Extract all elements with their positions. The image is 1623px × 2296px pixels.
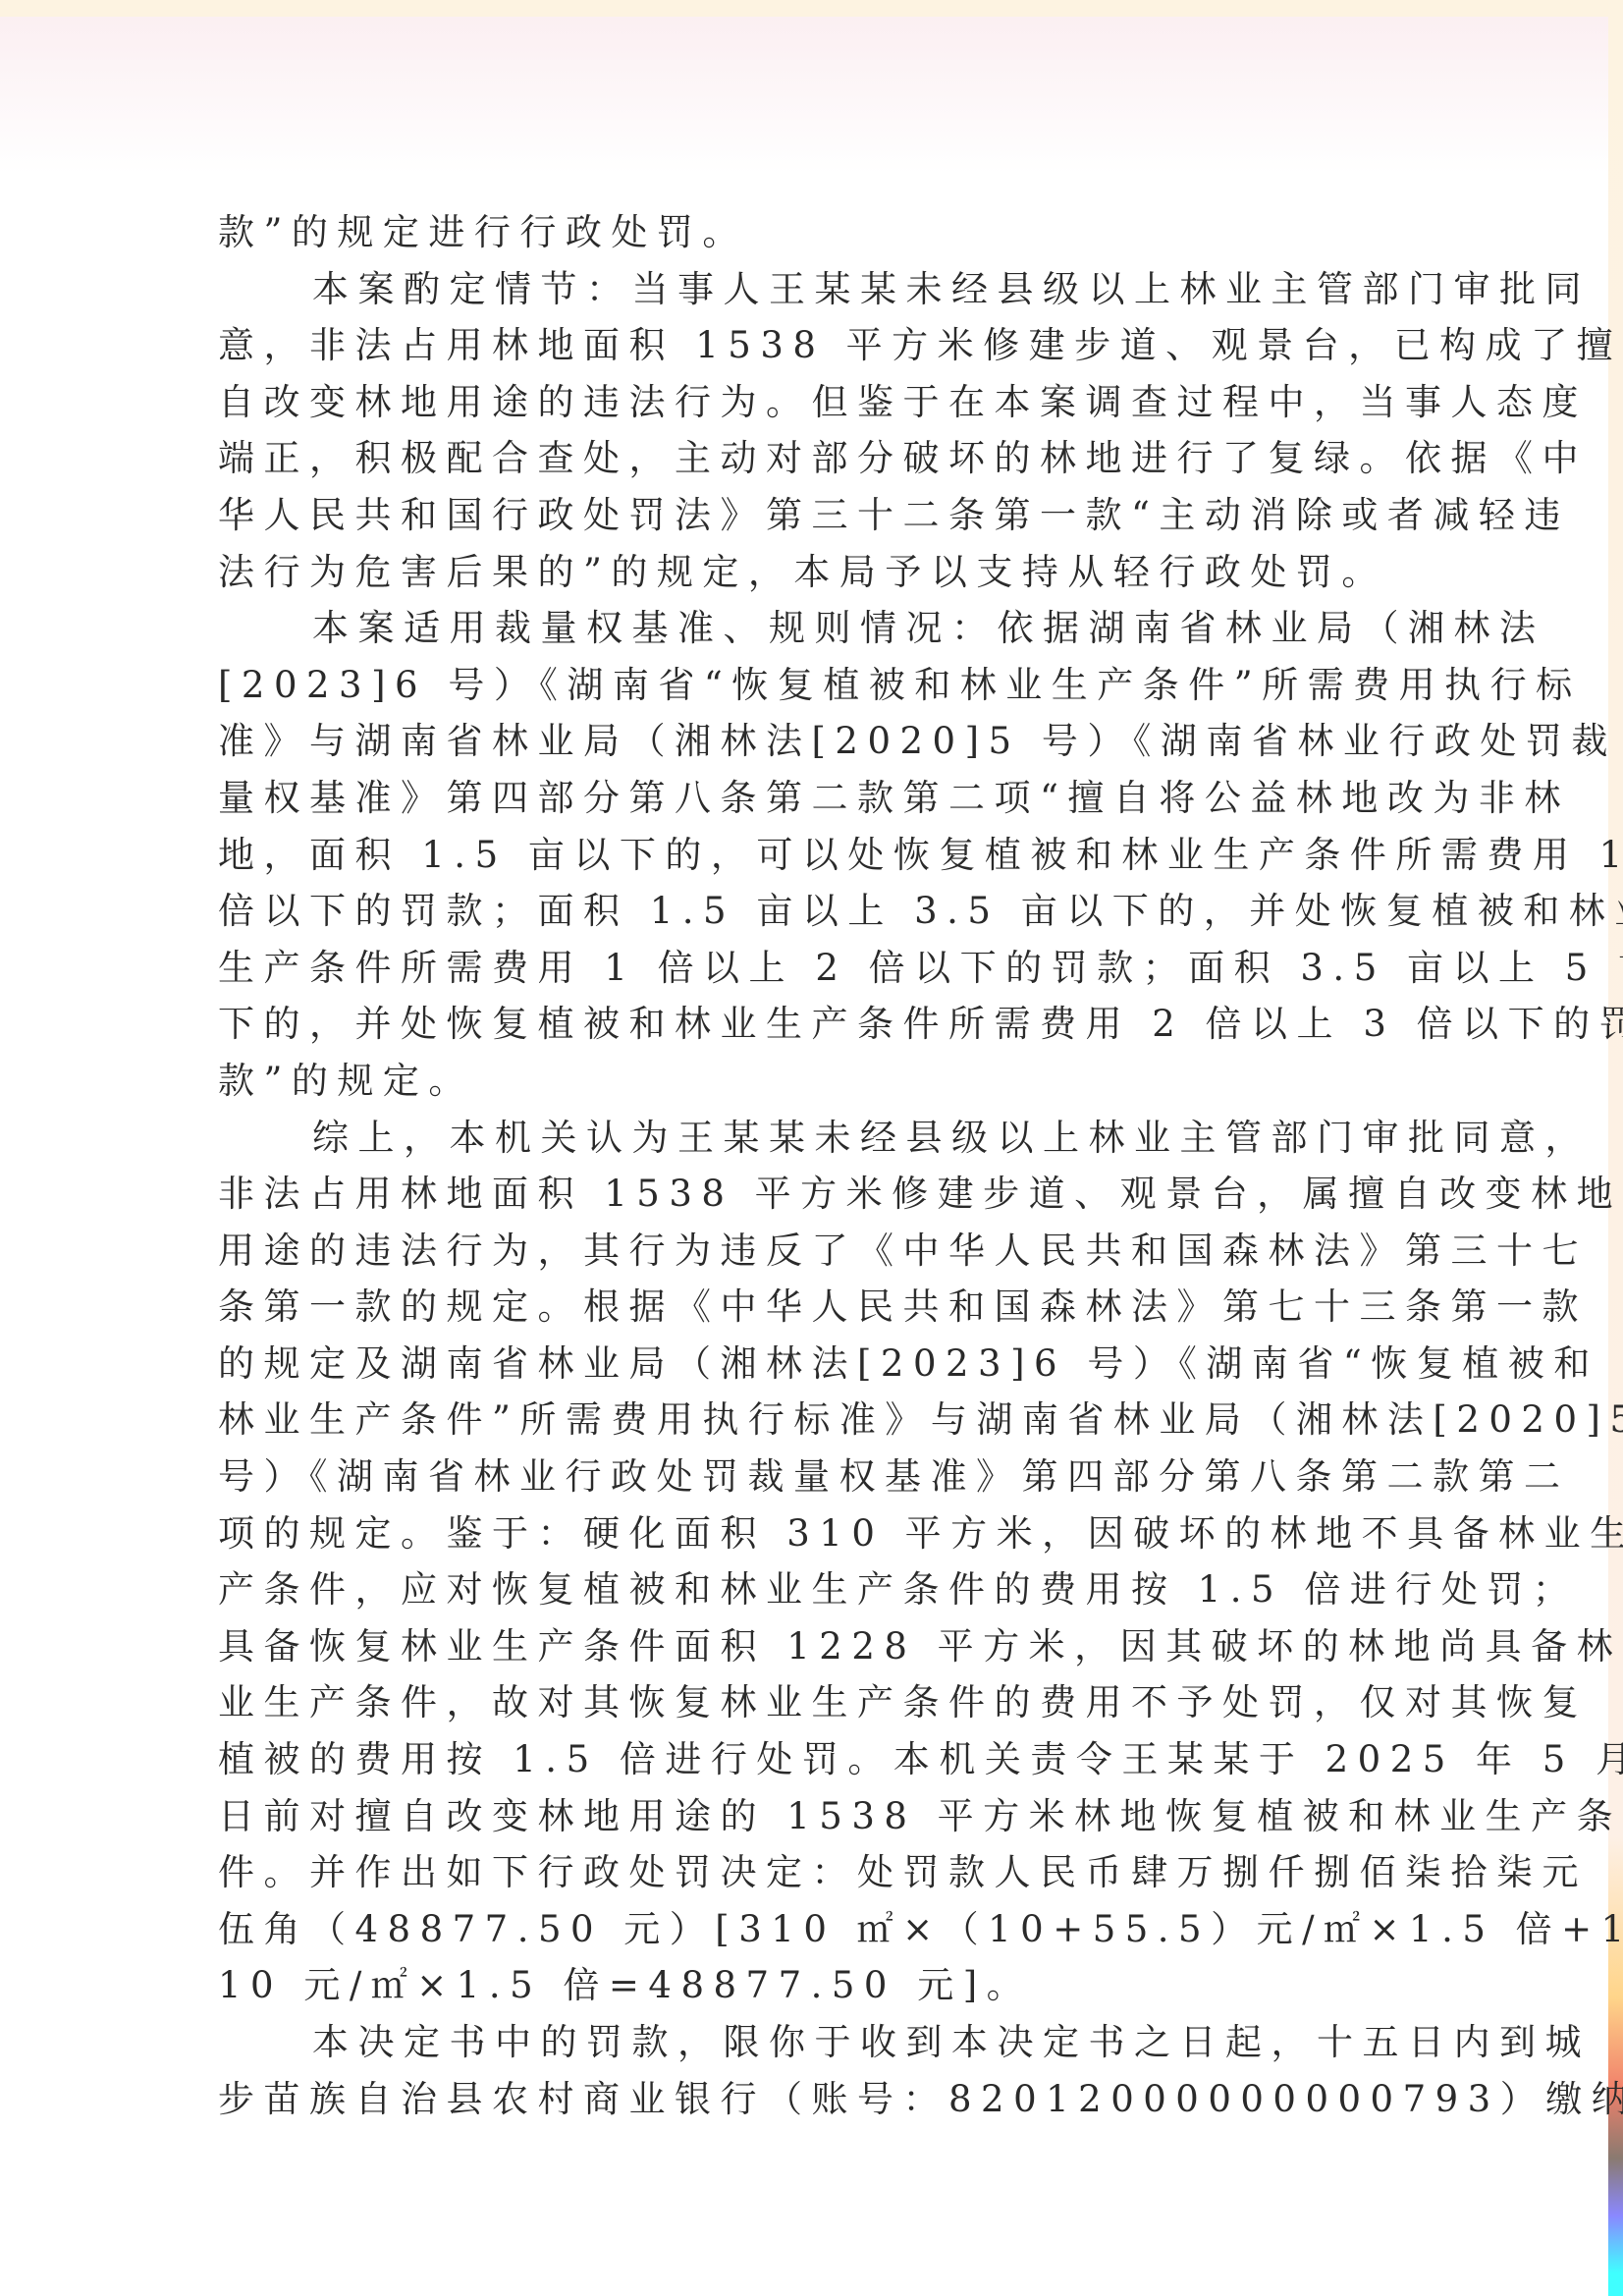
text-line: 用途的违法行为，其行为违反了《中华人民共和国森林法》第三十七 <box>218 1223 1386 1280</box>
text-line: 自改变林地用途的违法行为。但鉴于在本案调查过程中，当事人态度 <box>218 374 1386 431</box>
text-line: 日前对擅自改变林地用途的 1538 平方米林地恢复植被和林业生产条 <box>218 1788 1386 1845</box>
text-line: 华人民共和国行政处罚法》第三十二条第一款“主动消除或者减轻违 <box>218 487 1386 544</box>
document-page: 款”的规定进行行政处罚。 本案酌定情节：当事人王某某未经县级以上林业主管部门审批… <box>218 204 1386 2127</box>
text-line: 生产条件所需费用 1 倍以上 2 倍以下的罚款；面积 3.5 亩以上 5 亩以 <box>218 940 1386 997</box>
paragraph-discretion-standards: 本案适用裁量权基准、规则情况：依据湖南省林业局（湘林法 [2023]6 号）《湖… <box>218 600 1386 1109</box>
text-line: 业生产条件，故对其恢复林业生产条件的费用不予处罚，仅对其恢复 <box>218 1674 1386 1731</box>
text-line: 伍角（48877.50 元）[310 ㎡×（10+55.5）元/㎡×1.5 倍+… <box>218 1901 1386 1958</box>
text-line: 植被的费用按 1.5 倍进行处罚。本机关责令王某某于 2025 年 5 月 30 <box>218 1731 1386 1788</box>
text-line: 项的规定。鉴于：硬化面积 310 平方米，因破坏的林地不具备林业生 <box>218 1505 1386 1562</box>
text-line: [2023]6 号）《湖南省“恢复植被和林业生产条件”所需费用执行标 <box>218 657 1386 714</box>
text-line: 法行为危害后果的”的规定，本局予以支持从轻行政处罚。 <box>218 544 1386 601</box>
text-line: 的规定及湖南省林业局（湘林法[2023]6 号）《湖南省“恢复植被和 <box>218 1336 1386 1393</box>
text-line: 量权基准》第四部分第八条第二款第二项“擅自将公益林地改为非林 <box>218 770 1386 827</box>
text-line: 款”的规定。 <box>218 1053 1386 1110</box>
text-line: 10 元/㎡×1.5 倍=48877.50 元]。 <box>218 1957 1386 2014</box>
text-line: 非法占用林地面积 1538 平方米修建步道、观景台，属擅自改变林地 <box>218 1166 1386 1223</box>
text-line: 准》与湖南省林业局（湘林法[2020]5 号）《湖南省林业行政处罚裁 <box>218 713 1386 770</box>
scan-top-tint <box>0 17 1623 174</box>
text-line: 林业生产条件”所需费用执行标准》与湖南省林业局（湘林法[2020]5 <box>218 1392 1386 1449</box>
text-line: 意，非法占用林地面积 1538 平方米修建步道、观景台，已构成了擅 <box>218 317 1386 374</box>
text-line: 本案酌定情节：当事人王某某未经县级以上林业主管部门审批同 <box>218 261 1386 318</box>
paragraph-conclusion-decision: 综上，本机关认为王某某未经县级以上林业主管部门审批同意， 非法占用林地面积 15… <box>218 1110 1386 2015</box>
scan-top-edge <box>0 0 1623 17</box>
text-line: 号）《湖南省林业行政处罚裁量权基准》第四部分第八条第二款第二 <box>218 1449 1386 1505</box>
text-line: 本案适用裁量权基准、规则情况：依据湖南省林业局（湘林法 <box>218 600 1386 657</box>
text-line: 件。并作出如下行政处罚决定：处罚款人民币肆万捌仟捌佰柒拾柒元 <box>218 1844 1386 1901</box>
text-line: 倍以下的罚款；面积 1.5 亩以上 3.5 亩以下的，并处恢复植被和林业 <box>218 883 1386 940</box>
paragraph-continuation: 款”的规定进行行政处罚。 <box>218 204 1386 261</box>
text-line: 本决定书中的罚款，限你于收到本决定书之日起，十五日内到城 <box>218 2014 1386 2071</box>
text-line: 下的，并处恢复植被和林业生产条件所需费用 2 倍以上 3 倍以下的罚 <box>218 996 1386 1053</box>
text-line: 地，面积 1.5 亩以下的，可以处恢复植被和林业生产条件所需费用 1 <box>218 827 1386 884</box>
text-line: 步苗族自治县农村商业银行（账号：82012000000000793）缴纳。到 <box>218 2071 1386 2128</box>
paragraph-mitigating-circumstances: 本案酌定情节：当事人王某某未经县级以上林业主管部门审批同 意，非法占用林地面积 … <box>218 261 1386 601</box>
text-line: 综上，本机关认为王某某未经县级以上林业主管部门审批同意， <box>218 1110 1386 1167</box>
text-line: 款”的规定进行行政处罚。 <box>218 204 1386 261</box>
paragraph-payment-instructions: 本决定书中的罚款，限你于收到本决定书之日起，十五日内到城 步苗族自治县农村商业银… <box>218 2014 1386 2127</box>
text-line: 条第一款的规定。根据《中华人民共和国森林法》第七十三条第一款 <box>218 1279 1386 1336</box>
text-line: 产条件，应对恢复植被和林业生产条件的费用按 1.5 倍进行处罚； <box>218 1561 1386 1618</box>
text-line: 具备恢复林业生产条件面积 1228 平方米，因其破坏的林地尚具备林 <box>218 1618 1386 1675</box>
text-line: 端正，积极配合查处，主动对部分破坏的林地进行了复绿。依据《中 <box>218 430 1386 487</box>
